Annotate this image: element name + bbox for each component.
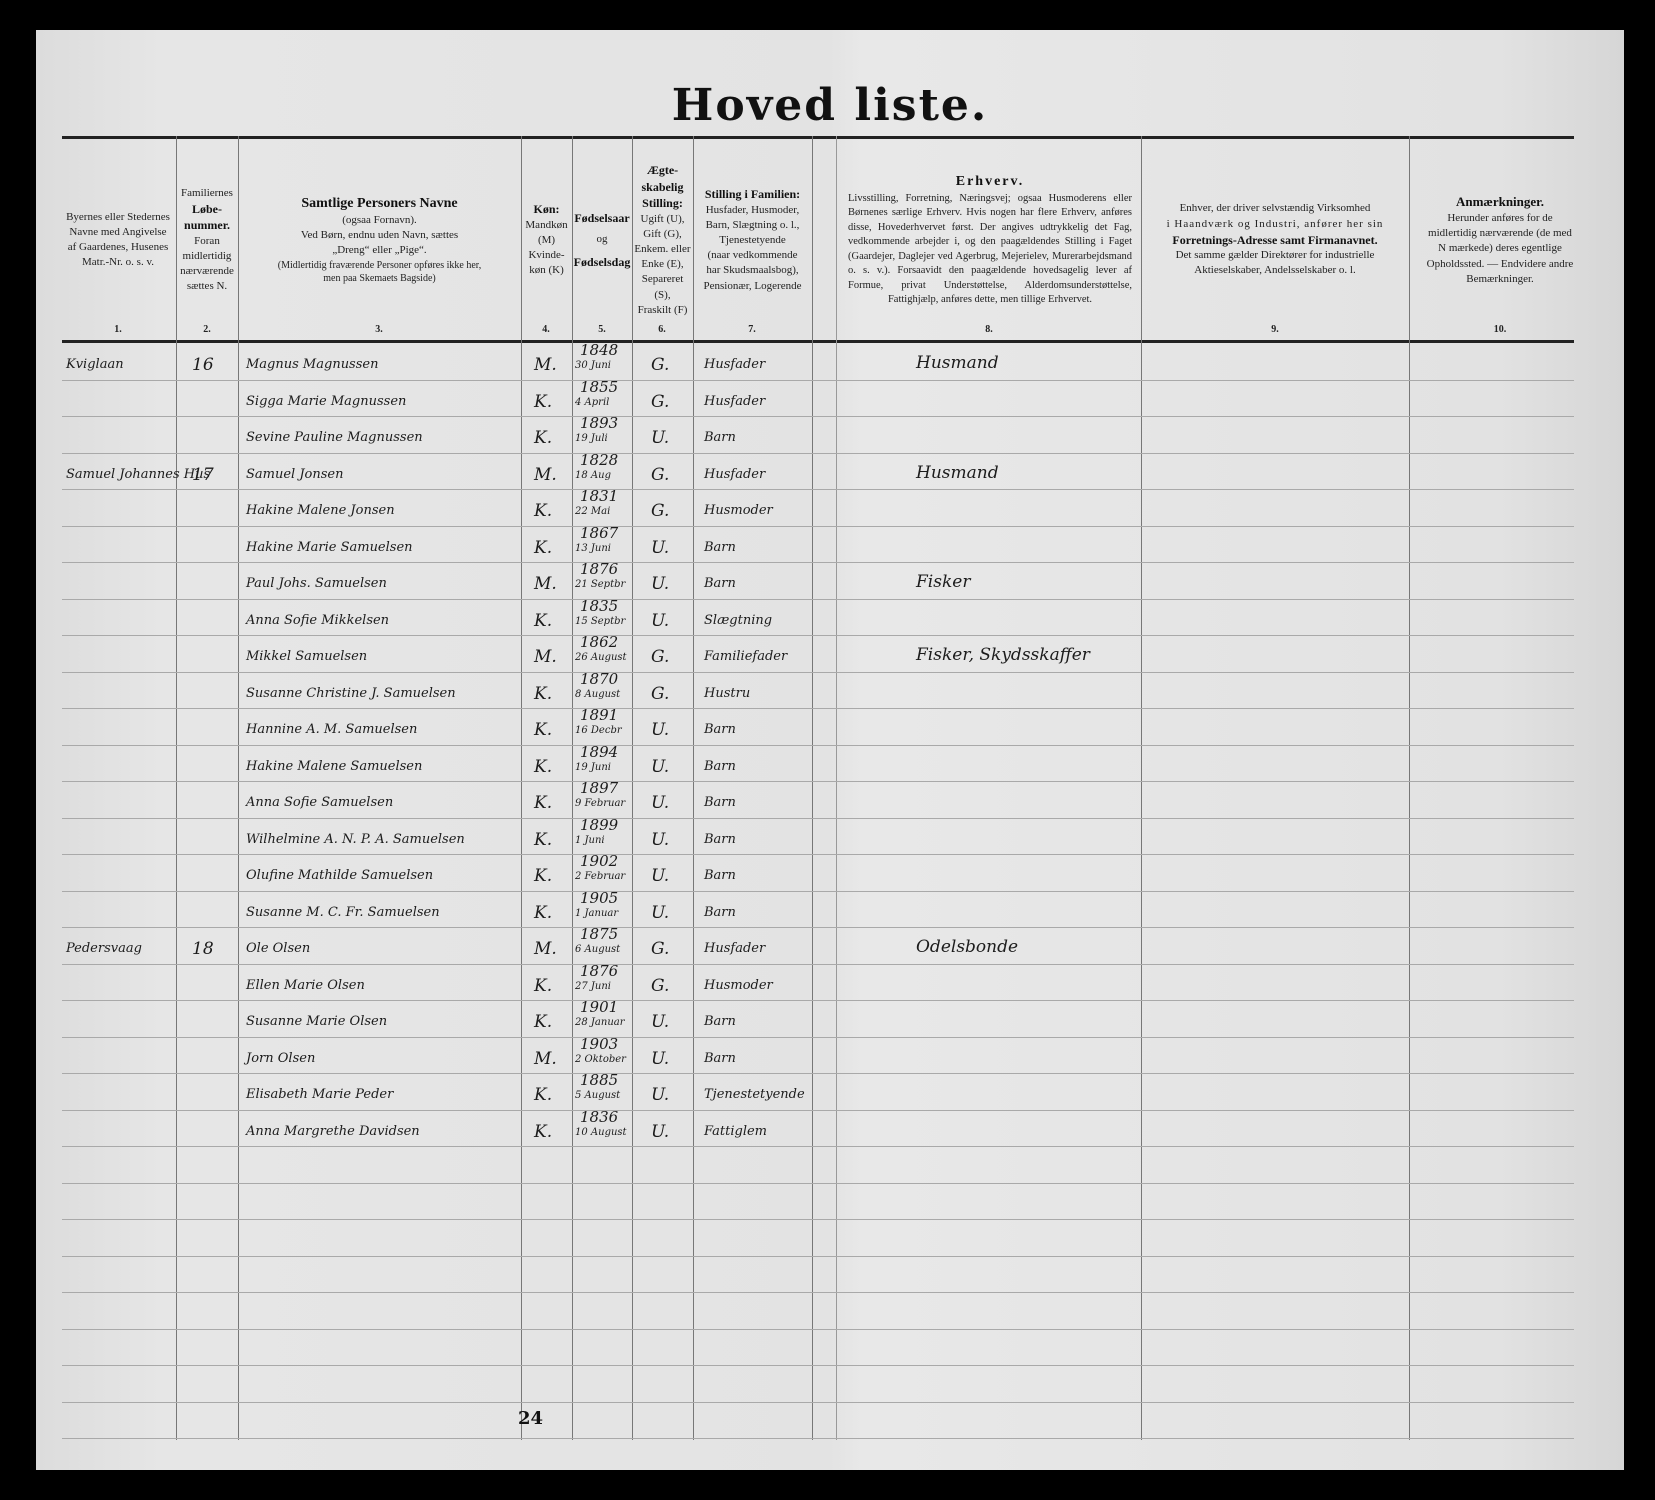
birth-day-cell: 6 August — [575, 944, 620, 955]
marital-status-cell: G. — [651, 976, 669, 996]
column-number: 1. — [114, 324, 122, 335]
birth-year-cell: 1902 — [580, 852, 618, 870]
row-rule — [62, 745, 1574, 746]
row-rule — [62, 489, 1574, 490]
marital-status-cell: G. — [651, 684, 669, 704]
marital-status-cell: G. — [651, 392, 669, 412]
header-text: (ogsaa Fornavn). — [342, 213, 417, 228]
page-title: Hoved liste. — [36, 80, 1624, 131]
sex-cell: M. — [534, 1049, 557, 1069]
birth-day-cell: 18 Aug — [575, 470, 611, 481]
header-col-9: Enhver, der driver selvstændig Virksomhe… — [1142, 142, 1408, 338]
header-text: Kvinde- — [528, 248, 564, 263]
row-rule — [62, 818, 1574, 819]
header-heading: Stilling i Familien: — [705, 186, 800, 203]
birth-day-cell: 27 Juni — [575, 981, 611, 992]
header-text: Livsstilling, Forretning, Næringsvej; og… — [848, 192, 1132, 308]
header-text: (S), — [654, 288, 670, 303]
row-rule — [62, 1292, 1574, 1293]
header-col-1: Byernes eller Stedernes Navne med Angive… — [62, 142, 174, 338]
family-position-cell: Husfader — [704, 941, 765, 956]
sex-cell: K. — [534, 830, 552, 850]
marital-status-cell: U. — [651, 757, 669, 777]
column-number: 9. — [1271, 324, 1279, 335]
family-position-cell: Barn — [704, 430, 736, 445]
marital-status-cell: U. — [651, 538, 669, 558]
name-cell: Elisabeth Marie Peder — [246, 1087, 393, 1102]
column-number: 7. — [748, 324, 756, 335]
family-position-cell: Barn — [704, 722, 736, 737]
family-position-cell: Husfader — [704, 467, 765, 482]
header-text: Enhver, der driver selvstændig Virksomhe… — [1180, 201, 1371, 216]
family-position-cell: Husmoder — [704, 503, 773, 518]
name-cell: Susanne M. C. Fr. Samuelsen — [246, 905, 440, 920]
name-cell: Wilhelmine A. N. P. A. Samuelsen — [246, 832, 465, 847]
header-text: Ved Børn, endnu uden Navn, sættes — [301, 228, 458, 243]
name-cell: Hannine A. M. Samuelsen — [246, 722, 417, 737]
sex-cell: K. — [534, 976, 552, 996]
header-text: men paa Skemaets Bagside) — [323, 272, 435, 286]
row-rule — [62, 1402, 1574, 1403]
header-col-10: Anmærkninger. Herunder anføres for de mi… — [1410, 142, 1590, 338]
marital-status-cell: U. — [651, 428, 669, 448]
family-position-cell: Barn — [704, 576, 736, 591]
birth-year-cell: 1901 — [580, 998, 618, 1016]
header-col-7: Stilling i Familien: Husfader, Husmoder,… — [694, 142, 811, 338]
marital-status-cell: U. — [651, 1012, 669, 1032]
column-divider — [812, 136, 813, 1440]
sex-cell: K. — [534, 757, 552, 777]
header-text: (naar vedkommende — [707, 248, 797, 263]
occupation-cell: Odelsbonde — [916, 937, 1018, 957]
header-bottom-rule — [62, 340, 1574, 343]
row-rule — [62, 708, 1574, 709]
birth-day-cell: 10 August — [575, 1127, 627, 1138]
header-text: Ugift (U), — [641, 212, 685, 227]
birth-day-cell: 9 Februar — [575, 798, 625, 809]
header-heading: Forretnings-Adresse samt Firmanavnet. — [1172, 232, 1377, 249]
family-position-cell: Familiefader — [704, 649, 787, 664]
marital-status-cell: U. — [651, 793, 669, 813]
header-text: Matr.-Nr. o. s. v. — [82, 255, 154, 270]
header-text: Herunder anføres for de — [1447, 211, 1552, 226]
birth-year-cell: 1897 — [580, 779, 618, 797]
birth-year-cell: 1905 — [580, 889, 618, 907]
column-number: 5. — [598, 324, 606, 335]
row-rule — [62, 1000, 1574, 1001]
birth-day-cell: 21 Septbr — [575, 579, 625, 590]
header-text: Enke (E), — [641, 257, 683, 272]
place-cell: Kviglaan — [66, 357, 124, 372]
row-rule — [62, 854, 1574, 855]
header-text: køn (K) — [529, 263, 564, 278]
birth-year-cell: 1855 — [580, 378, 618, 396]
header-col-3: Samtlige Personers Navne (ogsaa Fornavn)… — [239, 142, 520, 338]
sex-cell: K. — [534, 866, 552, 886]
name-cell: Jorn Olsen — [246, 1051, 315, 1066]
header-text: Fraskilt (F) — [638, 303, 688, 318]
birth-year-cell: 1848 — [580, 341, 618, 359]
name-cell: Sigga Marie Magnussen — [246, 394, 406, 409]
header-col-2: Familiernes Løbe- nummer. Foran midlerti… — [177, 142, 237, 338]
name-cell: Magnus Magnussen — [246, 357, 378, 372]
header-text: Navne med Angivelse — [69, 225, 166, 240]
marital-status-cell: G. — [651, 355, 669, 375]
header-heading: Køn: — [533, 201, 559, 218]
birth-day-cell: 22 Mai — [575, 506, 610, 517]
row-rule — [62, 781, 1574, 782]
header-top-rule — [62, 136, 1574, 139]
name-cell: Susanne Christine J. Samuelsen — [246, 686, 456, 701]
header-text: Tjenestetyende — [719, 233, 786, 248]
birth-year-cell: 1899 — [580, 816, 618, 834]
name-cell: Mikkel Samuelsen — [246, 649, 367, 664]
sex-cell: K. — [534, 501, 552, 521]
birth-year-cell: 1903 — [580, 1035, 618, 1053]
header-text: og — [597, 232, 608, 247]
marital-status-cell: U. — [651, 1085, 669, 1105]
header-text: (Midlertidig fraværende Personer opføres… — [278, 259, 481, 273]
marital-status-cell: G. — [651, 501, 669, 521]
birth-year-cell: 1891 — [580, 706, 618, 724]
sex-cell: M. — [534, 939, 557, 959]
family-position-cell: Barn — [704, 868, 736, 883]
sex-cell: K. — [534, 720, 552, 740]
place-cell: Pedersvaag — [66, 941, 142, 956]
marital-status-cell: U. — [651, 866, 669, 886]
row-rule — [62, 1256, 1574, 1257]
place-cell: Samuel Johannes Hus — [66, 467, 210, 482]
sex-cell: K. — [534, 428, 552, 448]
birth-year-cell: 1828 — [580, 451, 618, 469]
header-heading: Fødselsaar — [574, 210, 629, 227]
column-number: 8. — [985, 324, 993, 335]
birth-year-cell: 1835 — [580, 597, 618, 615]
name-cell: Olufine Mathilde Samuelsen — [246, 868, 433, 883]
sex-cell: K. — [534, 1085, 552, 1105]
birth-day-cell: 30 Juni — [575, 360, 611, 371]
marital-status-cell: G. — [651, 465, 669, 485]
birth-day-cell: 5 August — [575, 1090, 620, 1101]
birth-day-cell: 8 August — [575, 689, 620, 700]
header-text: midlertidig nærværende (de med — [1428, 226, 1572, 241]
birth-day-cell: 1 Juni — [575, 835, 605, 846]
header-text: i Haandværk og Industri, anfører her sin — [1167, 217, 1384, 232]
row-rule — [62, 380, 1574, 381]
name-cell: Ole Olsen — [246, 941, 310, 956]
row-rule — [62, 1073, 1574, 1074]
header-text: Separeret — [642, 272, 684, 287]
header-text: Mandkøn — [525, 218, 567, 233]
row-rule — [62, 453, 1574, 454]
marital-status-cell: U. — [651, 574, 669, 594]
name-cell: Susanne Marie Olsen — [246, 1014, 387, 1029]
birth-day-cell: 19 Juni — [575, 762, 611, 773]
sex-cell: M. — [534, 465, 557, 485]
birth-day-cell: 26 August — [575, 652, 627, 663]
header-col-6: Ægte-skabelig Stilling: Ugift (U), Gift … — [633, 142, 692, 338]
name-cell: Hakine Malene Samuelsen — [246, 759, 422, 774]
column-number: 2. — [203, 324, 211, 335]
birth-day-cell: 2 Oktober — [575, 1054, 626, 1065]
header-heading: Løbe- — [192, 201, 222, 218]
sex-cell: M. — [534, 574, 557, 594]
sex-cell: K. — [534, 392, 552, 412]
header-text: Opholdssted. — Endvidere andre — [1427, 257, 1574, 272]
census-sheet: Hoved liste. Byernes eller Stedernes Nav… — [36, 30, 1624, 1470]
header-text: „Dreng“ eller „Pige“. — [332, 243, 426, 258]
sex-cell: K. — [534, 538, 552, 558]
birth-day-cell: 1 Januar — [575, 908, 618, 919]
sex-cell: K. — [534, 1122, 552, 1142]
sex-cell: K. — [534, 1012, 552, 1032]
header-heading: Fødselsdag — [574, 254, 631, 271]
birth-year-cell: 1862 — [580, 633, 618, 651]
family-position-cell: Barn — [704, 905, 736, 920]
row-rule — [62, 672, 1574, 673]
marital-status-cell: G. — [651, 647, 669, 667]
header-col-5: Fødselsaar og Fødselsdag — [573, 142, 631, 338]
row-rule — [62, 927, 1574, 928]
header-heading: Anmærkninger. — [1456, 193, 1544, 211]
birth-day-cell: 28 Januar — [575, 1017, 625, 1028]
sex-cell: K. — [534, 793, 552, 813]
name-cell: Paul Johs. Samuelsen — [246, 576, 387, 591]
header-text: nærværende — [180, 264, 234, 279]
header-text: Pensionær, Logerende — [704, 279, 802, 294]
birth-year-cell: 1876 — [580, 962, 618, 980]
marital-status-cell: U. — [651, 1049, 669, 1069]
sex-cell: M. — [534, 647, 557, 667]
family-position-cell: Husfader — [704, 394, 765, 409]
family-number-cell: 18 — [192, 939, 214, 959]
column-number: 10. — [1494, 324, 1507, 335]
row-rule — [62, 1329, 1574, 1330]
header-text: Det samme gælder Direktører for industri… — [1176, 248, 1375, 263]
birth-year-cell: 1875 — [580, 925, 618, 943]
name-cell: Anna Sofie Mikkelsen — [246, 613, 389, 628]
header-heading: Ægte-skabelig Stilling: — [633, 162, 692, 212]
page-number: 24 — [518, 1408, 543, 1429]
header-col-4: Køn: Mandkøn (M) Kvinde- køn (K) — [522, 142, 571, 338]
birth-day-cell: 13 Juni — [575, 543, 611, 554]
sex-cell: K. — [534, 611, 552, 631]
header-text: (M) — [538, 233, 555, 248]
family-position-cell: Tjenestetyende — [704, 1087, 805, 1102]
column-number: 6. — [658, 324, 666, 335]
row-rule — [62, 416, 1574, 417]
family-number-cell: 17 — [192, 465, 214, 485]
family-position-cell: Slægtning — [704, 613, 772, 628]
header-text: Gift (G), — [643, 227, 682, 242]
birth-year-cell: 1876 — [580, 560, 618, 578]
family-position-cell: Barn — [704, 1051, 736, 1066]
birth-year-cell: 1894 — [580, 743, 618, 761]
column-divider — [836, 136, 837, 1440]
column-number: 3. — [375, 324, 383, 335]
name-cell: Hakine Marie Samuelsen — [246, 540, 413, 555]
marital-status-cell: U. — [651, 611, 669, 631]
row-rule — [62, 1219, 1574, 1220]
birth-year-cell: 1831 — [580, 487, 618, 505]
row-rule — [62, 891, 1574, 892]
header-heading: nummer. — [184, 217, 230, 234]
name-cell: Anna Margrethe Davidsen — [246, 1124, 420, 1139]
marital-status-cell: U. — [651, 720, 669, 740]
row-rule — [62, 1146, 1574, 1147]
row-rule — [62, 1365, 1574, 1366]
header-heading: Erhverv. — [956, 172, 1025, 191]
column-number: 4. — [542, 324, 550, 335]
sex-cell: K. — [534, 903, 552, 923]
row-rule — [62, 964, 1574, 965]
family-position-cell: Barn — [704, 759, 736, 774]
header-text: Familiernes — [181, 186, 233, 201]
header-text: sættes N. — [187, 279, 227, 294]
marital-status-cell: U. — [651, 1122, 669, 1142]
family-position-cell: Barn — [704, 795, 736, 810]
name-cell: Samuel Jonsen — [246, 467, 344, 482]
occupation-cell: Husmand — [916, 463, 999, 483]
birth-day-cell: 4 April — [575, 397, 609, 408]
birth-year-cell: 1893 — [580, 414, 618, 432]
name-cell: Anna Sofie Samuelsen — [246, 795, 393, 810]
row-rule — [62, 526, 1574, 527]
family-position-cell: Barn — [704, 1014, 736, 1029]
birth-year-cell: 1836 — [580, 1108, 618, 1126]
marital-status-cell: U. — [651, 830, 669, 850]
occupation-cell: Fisker, Skydsskaffer — [916, 645, 1090, 665]
row-rule — [62, 635, 1574, 636]
family-number-cell: 16 — [192, 355, 214, 375]
header-text: midlertidig — [183, 249, 232, 264]
row-rule — [62, 1438, 1574, 1439]
birth-year-cell: 1885 — [580, 1071, 618, 1089]
row-rule — [62, 562, 1574, 563]
header-text: af Gaardenes, Husenes — [68, 240, 168, 255]
occupation-cell: Husmand — [916, 353, 999, 373]
family-position-cell: Fattiglem — [704, 1124, 767, 1139]
family-position-cell: Hustru — [704, 686, 750, 701]
birth-day-cell: 16 Decbr — [575, 725, 622, 736]
header-text: Husfader, Husmoder, — [706, 203, 800, 218]
occupation-cell: Fisker — [916, 572, 970, 592]
header-text: Foran — [194, 234, 220, 249]
header-text: N mærkede) deres egentlige — [1438, 241, 1562, 256]
row-rule — [62, 599, 1574, 600]
birth-day-cell: 2 Februar — [575, 871, 625, 882]
birth-year-cell: 1870 — [580, 670, 618, 688]
header-text: Barn, Slægtning o. l., — [706, 218, 800, 233]
birth-day-cell: 15 Septbr — [575, 616, 625, 627]
sex-cell: K. — [534, 684, 552, 704]
birth-year-cell: 1867 — [580, 524, 618, 542]
row-rule — [62, 1037, 1574, 1038]
header-heading: Samtlige Personers Navne — [301, 194, 457, 213]
family-position-cell: Barn — [704, 832, 736, 847]
header-text: Bemærkninger. — [1466, 272, 1534, 287]
header-text: har Skudsmaalsbog), — [706, 263, 798, 278]
header-text: Aktieselskaber, Andelsselskaber o. l. — [1194, 263, 1355, 278]
header-text: Byernes eller Stedernes — [66, 210, 170, 225]
name-cell: Sevine Pauline Magnussen — [246, 430, 423, 445]
birth-day-cell: 19 Juli — [575, 433, 608, 444]
marital-status-cell: U. — [651, 903, 669, 923]
sex-cell: M. — [534, 355, 557, 375]
family-position-cell: Husmoder — [704, 978, 773, 993]
family-position-cell: Husfader — [704, 357, 765, 372]
name-cell: Hakine Malene Jonsen — [246, 503, 395, 518]
name-cell: Ellen Marie Olsen — [246, 978, 365, 993]
row-rule — [62, 1110, 1574, 1111]
header-col-8: Erhverv. Livsstilling, Forretning, Nærin… — [848, 142, 1132, 338]
family-position-cell: Barn — [704, 540, 736, 555]
header-text: Enkem. eller — [634, 242, 690, 257]
row-rule — [62, 1183, 1574, 1184]
marital-status-cell: G. — [651, 939, 669, 959]
